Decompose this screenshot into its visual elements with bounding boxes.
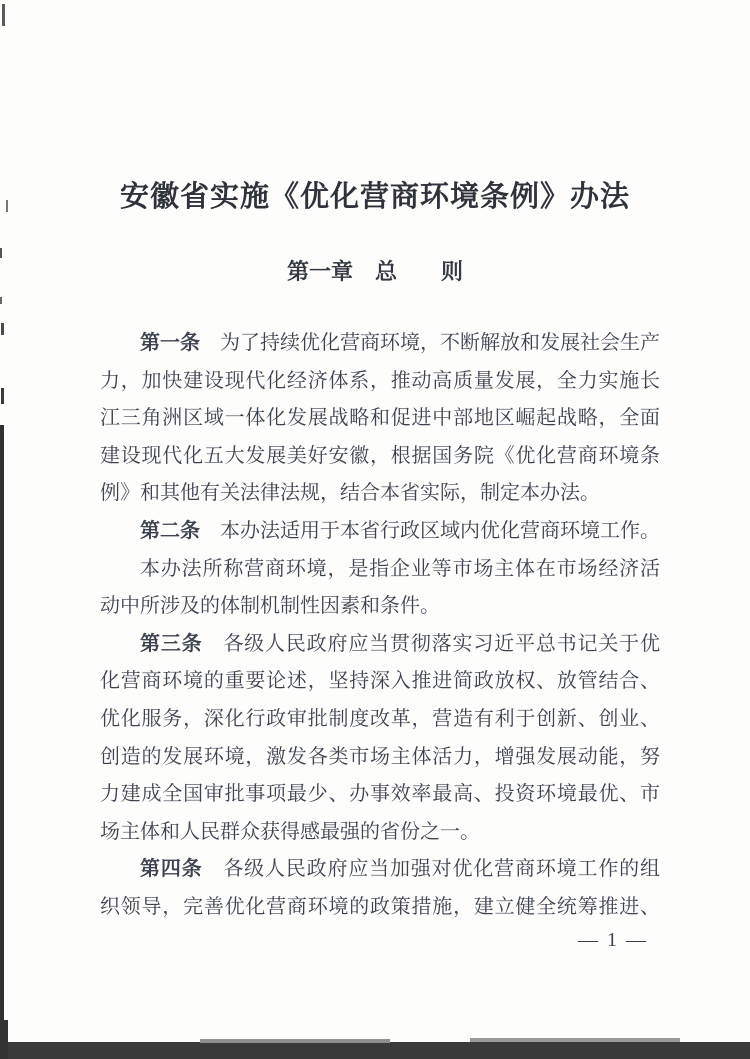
body-line: 本办法所称营商环境，是指企业等市场主体在市场经济活 <box>100 551 660 589</box>
body-line: 创造的发展环境，激发各类市场主体活力，增强发展动能，努 <box>100 739 660 777</box>
article-number: 第一条 <box>140 332 200 354</box>
body-line-text: 建设现代化五大发展美好安徽，根据国务院《优化营商环境条 <box>100 445 660 467</box>
body-line: 织领导，完善优化营商环境的政策措施，建立健全统筹推进、 <box>100 889 660 927</box>
body-line-text: 创造的发展环境，激发各类市场主体活力，增强发展动能，努 <box>100 746 660 768</box>
body-text: 第一条 为了持续优化营商环境，不断解放和发展社会生产力，加快建设现代化经济体系，… <box>100 325 660 927</box>
body-line: 动中所涉及的体制机制性因素和条件。 <box>100 588 660 626</box>
page-number: — 1 — <box>100 929 648 952</box>
body-line-text: 为了持续优化营商环境，不断解放和发展社会生产 <box>200 332 660 354</box>
body-line: 建设现代化五大发展美好安徽，根据国务院《优化营商环境条 <box>100 438 660 476</box>
body-line-text: 动中所涉及的体制机制性因素和条件。 <box>100 595 440 617</box>
body-line-text: 化营商环境的重要论述，坚持深入推进简政放权、放管结合、 <box>100 670 660 692</box>
body-line: 第一条 为了持续优化营商环境，不断解放和发展社会生产 <box>100 325 660 363</box>
body-line-text: 织领导，完善优化营商环境的政策措施，建立健全统筹推进、 <box>100 896 660 918</box>
body-line: 场主体和人民群众获得感最强的省份之一。 <box>100 814 660 852</box>
scan-edge-bottom <box>0 1042 750 1059</box>
body-line: 力，加快建设现代化经济体系，推动高质量发展，全力实施长 <box>100 363 660 401</box>
body-line: 江三角洲区域一体化发展战略和促进中部地区崛起战略，全面 <box>100 400 660 438</box>
scan-speck <box>0 297 2 304</box>
scan-speck <box>1 388 4 404</box>
body-line: 第四条 各级人民政府应当加强对优化营商环境工作的组 <box>100 851 660 889</box>
body-line-text: 优化服务，深化行政审批制度改革，营造有利于创新、创业、 <box>100 708 660 730</box>
body-line-text: 江三角洲区域一体化发展战略和促进中部地区崛起战略，全面 <box>100 407 660 429</box>
body-line: 化营商环境的重要论述，坚持深入推进简政放权、放管结合、 <box>100 663 660 701</box>
body-line-text: 各级人民政府应当加强对优化营商环境工作的组 <box>203 858 661 880</box>
body-line: 第三条 各级人民政府应当贯彻落实习近平总书记关于优 <box>100 626 660 664</box>
scan-speck <box>2 4 5 26</box>
scan-edge-bottom-soft <box>470 1038 680 1042</box>
body-line-text: 力，加快建设现代化经济体系，推动高质量发展，全力实施长 <box>100 370 660 392</box>
body-line-text: 各级人民政府应当贯彻落实习近平总书记关于优 <box>203 633 661 655</box>
body-line-text: 本办法所称营商环境，是指企业等市场主体在市场经济活 <box>140 558 660 580</box>
scan-speck <box>6 200 8 212</box>
scan-edge-bottom-soft <box>200 1039 390 1043</box>
document-page: 安徽省实施《优化营商环境条例》办法 第一章 总 则 第一条 为了持续优化营商环境… <box>0 0 750 1059</box>
scan-speck <box>0 248 2 258</box>
body-line: 优化服务，深化行政审批制度改革，营造有利于创新、创业、 <box>100 701 660 739</box>
document-title: 安徽省实施《优化营商环境条例》办法 <box>0 174 750 215</box>
body-line: 第二条 本办法适用于本省行政区域内优化营商环境工作。 <box>100 513 660 551</box>
article-number: 第三条 <box>140 633 203 655</box>
body-line-text: 场主体和人民群众获得感最强的省份之一。 <box>100 821 480 843</box>
body-line-text: 力建成全国审批事项最少、办事效率最高、投资环境最优、市 <box>100 783 660 805</box>
scan-edge-left <box>0 425 4 1059</box>
scan-edge-left-foot <box>0 1020 8 1059</box>
article-number: 第四条 <box>140 858 203 880</box>
chapter-heading: 第一章 总 则 <box>0 255 750 286</box>
body-line: 力建成全国审批事项最少、办事效率最高、投资环境最优、市 <box>100 776 660 814</box>
article-number: 第二条 <box>140 520 200 542</box>
body-line: 例》和其他有关法律法规，结合本省实际，制定本办法。 <box>100 475 660 513</box>
body-line-text: 本办法适用于本省行政区域内优化营商环境工作。 <box>200 520 660 542</box>
scan-speck <box>1 323 4 335</box>
body-line-text: 例》和其他有关法律法规，结合本省实际，制定本办法。 <box>100 482 600 504</box>
